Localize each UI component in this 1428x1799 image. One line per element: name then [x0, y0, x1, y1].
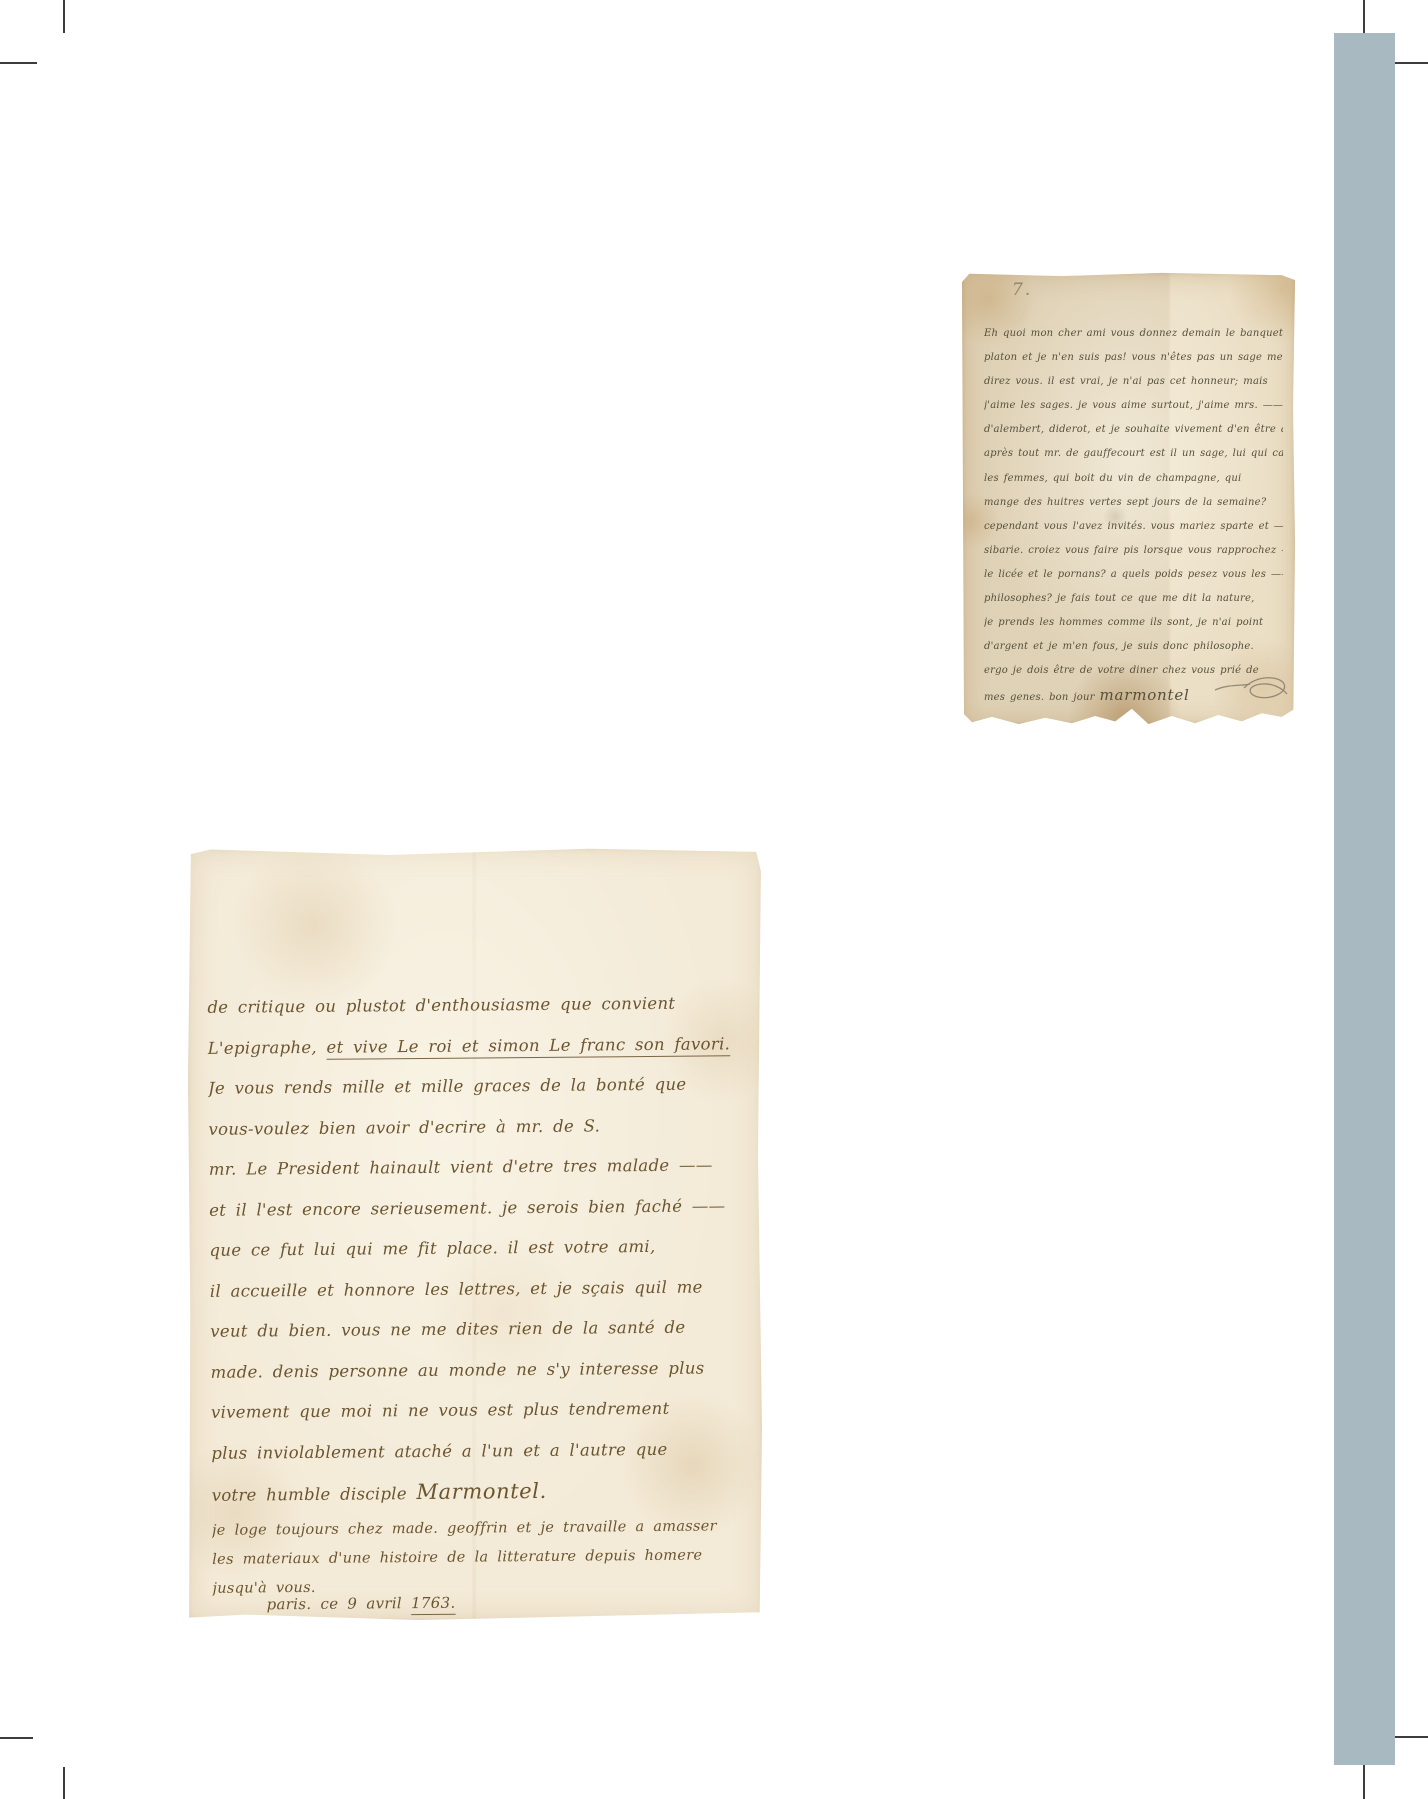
- manuscript-line: vivement que moi ni ne vous est plus ten…: [211, 1388, 759, 1433]
- manuscript-line: de critique ou plustot d'enthousiasme qu…: [207, 983, 755, 1028]
- manuscript-line: d'alembert, diderot, et je souhaite vive…: [984, 418, 1283, 442]
- manuscript-line: mr. Le President hainault vient d'etre t…: [209, 1145, 757, 1190]
- manuscript-line: made. denis personne au monde ne s'y int…: [210, 1348, 758, 1393]
- signature-marmontel: marmontel: [1099, 686, 1189, 704]
- manuscript-body-bottom: de critique ou plustot d'enthousiasme qu…: [188, 843, 769, 1619]
- manuscript-line: Eh quoi mon cher ami vous donnez demain …: [984, 322, 1283, 346]
- manuscript-line: je loge toujours chez made. geoffrin et …: [212, 1512, 760, 1546]
- crop-mark-bottom-left-horizontal: [0, 1737, 33, 1739]
- line-text: d'alembert, diderot, et je souhaite vive…: [984, 424, 1283, 435]
- manuscript-line: que ce fut lui qui me fit place. il est …: [209, 1226, 757, 1271]
- line-text: que ce fut lui qui me fit place. il est …: [209, 1237, 655, 1260]
- signature-flourish-icon: [1214, 670, 1290, 706]
- manuscript-letter-bottom: de critique ou plustot d'enthousiasme qu…: [188, 848, 762, 1620]
- manuscript-line: cependant vous l'avez invités. vous mari…: [984, 515, 1283, 539]
- manuscript-line: et il l'est encore serieusement. je sero…: [209, 1186, 757, 1231]
- underlined-phrase: et vive Le roi et simon Le franc son fav…: [326, 1034, 730, 1057]
- manuscript-line: direz vous. il est vrai, je n'ai pas cet…: [984, 370, 1283, 394]
- crop-mark-top-left-horizontal: [0, 62, 37, 64]
- line-text: Je vous rends mille et mille graces de l…: [208, 1075, 686, 1098]
- line-text: veut du bien. vous ne me dites rien de l…: [210, 1318, 685, 1341]
- line-text: sibarie. croiez vous faire pis lorsque v…: [984, 545, 1283, 556]
- manuscript-line: les femmes, qui boit du vin de champagne…: [984, 467, 1283, 491]
- manuscript-line: votre humble disciple Marmontel.: [211, 1469, 759, 1516]
- line-text: vivement que moi ni ne vous est plus ten…: [211, 1399, 670, 1422]
- line-text: d'argent et je m'en fous, je suis donc p…: [984, 641, 1254, 652]
- manuscript-line: L'epigraphe, et vive Le roi et simon Le …: [208, 1024, 756, 1069]
- line-text: direz vous. il est vrai, je n'ai pas cet…: [984, 376, 1268, 387]
- line-text: Eh quoi mon cher ami vous donnez demain …: [984, 328, 1283, 339]
- manuscript-line: plus inviolablement ataché a l'un et a l…: [211, 1429, 759, 1474]
- line-text: platon et je n'en suis pas! vous n'êtes …: [984, 352, 1283, 363]
- line-text: le licée et le pornans? a quels poids pe…: [984, 569, 1283, 580]
- manuscript-line: paris. ce 9 avril 1763.: [266, 1585, 760, 1619]
- manuscript-line: vous-voulez bien avoir d'ecrire à mr. de…: [208, 1105, 756, 1150]
- line-text: mange des huitres vertes sept jours de l…: [984, 497, 1266, 508]
- line-text: plus inviolablement ataché a l'un et a l…: [211, 1439, 667, 1462]
- manuscript-letter-top: 7. Eh quoi mon cher ami vous donnez dema…: [962, 272, 1295, 725]
- line-text: les femmes, qui boit du vin de champagne…: [984, 473, 1241, 484]
- crop-mark-bottom-right-vertical: [1363, 1765, 1365, 1799]
- manuscript-line: veut du bien. vous ne me dites rien de l…: [210, 1307, 758, 1352]
- manuscript-body-top: Eh quoi mon cher ami vous donnez demain …: [962, 272, 1295, 711]
- line-text: je prends les hommes comme ils sont, je …: [984, 617, 1263, 628]
- manuscript-line: sibarie. croiez vous faire pis lorsque v…: [984, 539, 1283, 563]
- scan-page: { "page": { "background_color": "#ffffff…: [0, 0, 1428, 1799]
- line-text: il accueille et honnore les lettres, et …: [210, 1277, 703, 1300]
- line-text: de critique ou plustot d'enthousiasme qu…: [207, 994, 675, 1017]
- underlined-phrase: 1763.: [411, 1593, 456, 1611]
- manuscript-line: d'argent et je m'en fous, je suis donc p…: [984, 635, 1283, 659]
- manuscript-line: les materiaux d'une histoire de la litte…: [212, 1541, 760, 1575]
- crop-mark-top-left-vertical: [63, 0, 65, 33]
- manuscript-line: Je vous rends mille et mille graces de l…: [208, 1064, 756, 1109]
- crop-mark-bottom-left-vertical: [63, 1767, 65, 1799]
- line-text: les materiaux d'une histoire de la litte…: [212, 1547, 702, 1567]
- line-text: votre humble disciple: [212, 1484, 417, 1505]
- line-text: et il l'est encore serieusement. je sero…: [209, 1196, 725, 1220]
- crop-mark-bottom-right-horizontal: [1395, 1736, 1428, 1738]
- line-text: philosophes? je fais tout ce que me dit …: [984, 593, 1254, 604]
- manuscript-line: platon et je n'en suis pas! vous n'êtes …: [984, 346, 1283, 370]
- line-text: L'epigraphe,: [208, 1037, 327, 1057]
- manuscript-line: le licée et le pornans? a quels poids pe…: [984, 563, 1283, 587]
- line-text: j'aime les sages. je vous aime surtout, …: [984, 400, 1283, 411]
- crop-mark-top-right-vertical: [1363, 0, 1365, 33]
- line-text: paris. ce 9 avril: [267, 1594, 412, 1613]
- signature-marmontel: Marmontel.: [416, 1479, 547, 1504]
- line-text: made. denis personne au monde ne s'y int…: [210, 1358, 704, 1381]
- line-text: vous-voulez bien avoir d'ecrire à mr. de…: [208, 1116, 600, 1138]
- manuscript-line: il accueille et honnore les lettres, et …: [210, 1267, 758, 1312]
- line-text: je loge toujours chez made. geoffrin et …: [212, 1518, 717, 1538]
- manuscript-line: mange des huitres vertes sept jours de l…: [984, 491, 1283, 515]
- line-text: mr. Le President hainault vient d'etre t…: [209, 1155, 713, 1178]
- crop-mark-top-right-horizontal: [1395, 62, 1428, 64]
- manuscript-line: j'aime les sages. je vous aime surtout, …: [984, 394, 1283, 418]
- line-text: après tout mr. de gauffecourt est il un …: [984, 448, 1283, 459]
- manuscript-line: je prends les hommes comme ils sont, je …: [984, 611, 1283, 635]
- line-text: mes genes. bon jour: [984, 692, 1099, 703]
- line-text: cependant vous l'avez invités. vous mari…: [984, 521, 1283, 532]
- manuscript-line: philosophes? je fais tout ce que me dit …: [984, 587, 1283, 611]
- manuscript-line: après tout mr. de gauffecourt est il un …: [984, 442, 1283, 466]
- page-margin-bar: [1334, 33, 1395, 1765]
